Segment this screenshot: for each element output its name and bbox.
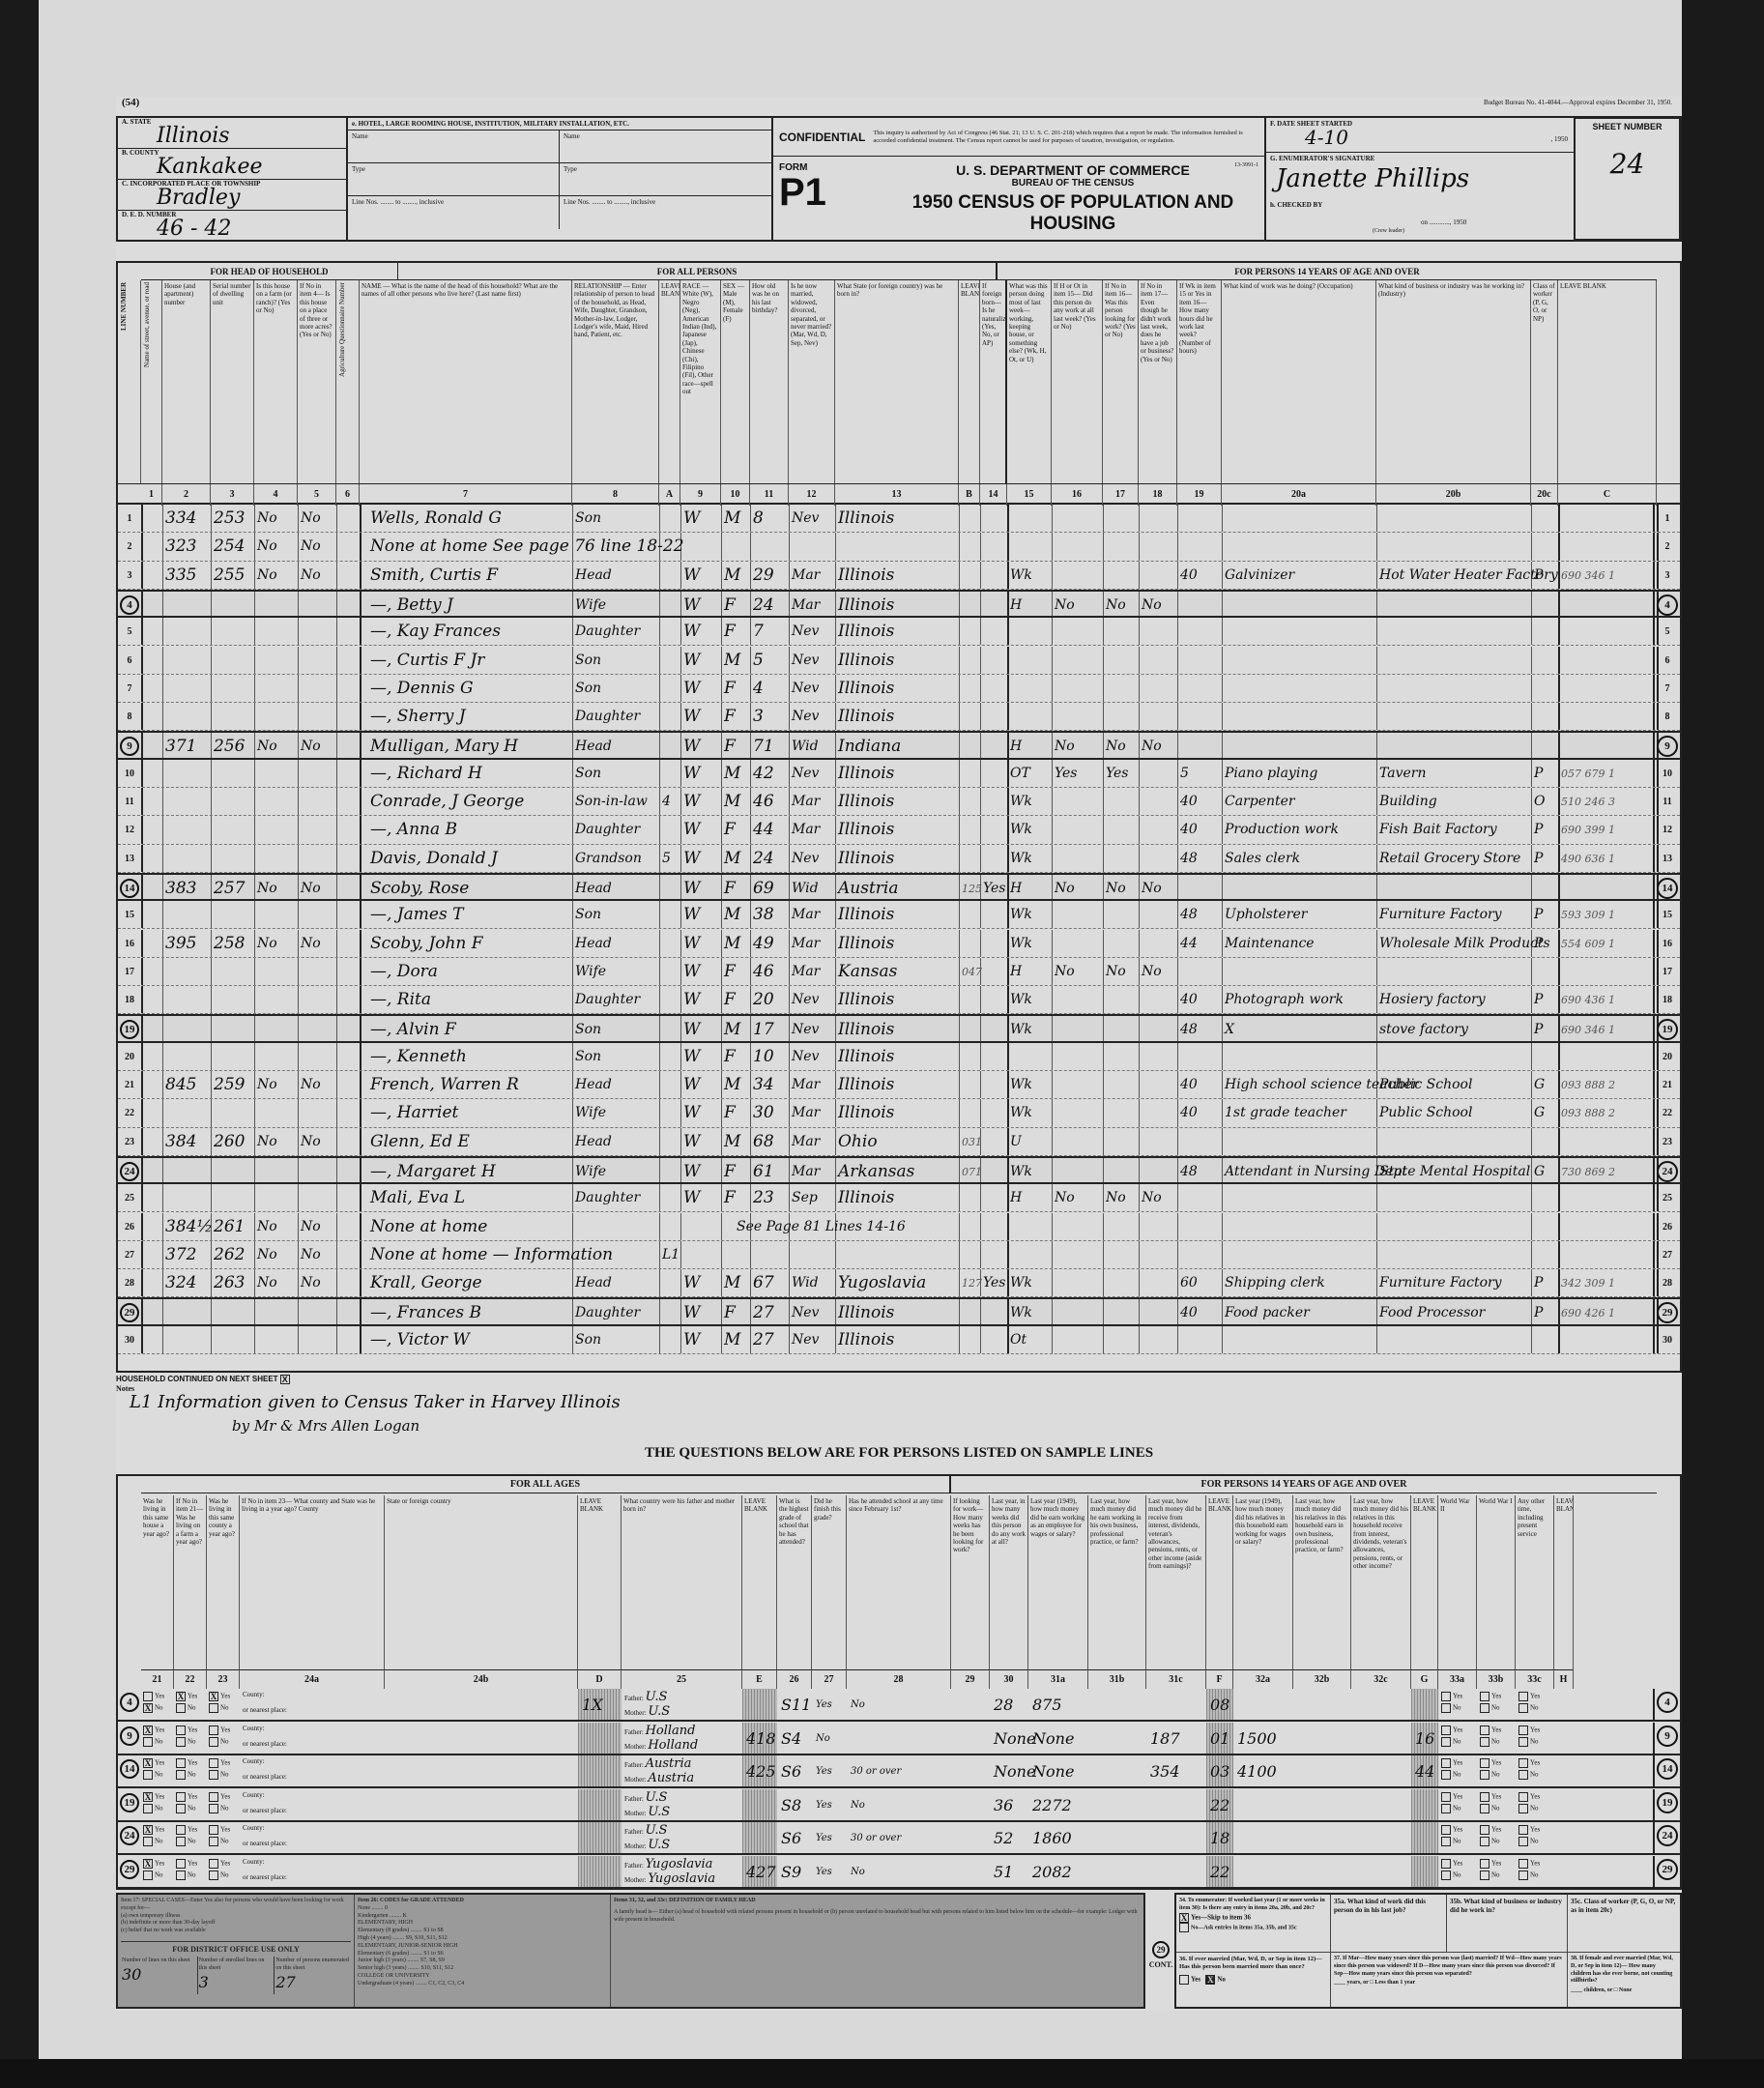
col-q-17: If No in item 16— Was this person lookin… — [1103, 280, 1139, 483]
armed-forces-no[interactable] — [1518, 1870, 1528, 1880]
sample-q23-checkboxes: YesNo — [209, 1725, 230, 1747]
farm-answer: No — [257, 875, 277, 899]
armed-forces-yes[interactable] — [1441, 1792, 1451, 1802]
birthplace: Illinois — [838, 675, 894, 702]
armed-forces-yes[interactable] — [1480, 1725, 1489, 1735]
acres-answer: No — [301, 875, 321, 899]
q23-no-checkbox[interactable] — [209, 1870, 218, 1880]
q22-no-checkbox[interactable] — [176, 1770, 186, 1780]
sex: F — [724, 816, 736, 843]
sample-col-num-23: 23 — [207, 1669, 240, 1689]
q21-no-checkbox[interactable] — [143, 1870, 153, 1880]
hours-worked: 40 — [1180, 816, 1198, 843]
sample-col-num-F: F — [1206, 1669, 1233, 1689]
hours-worked: 44 — [1180, 930, 1198, 957]
q22-no-checkbox[interactable] — [176, 1703, 186, 1713]
industry-codes: 057 679 1 — [1561, 760, 1615, 787]
worker-class: G — [1534, 1158, 1545, 1182]
industry-codes: 690 426 1 — [1561, 1299, 1615, 1323]
armed-forces-no[interactable] — [1480, 1804, 1489, 1813]
armed-forces-checkboxes: YesNo — [1441, 1825, 1462, 1846]
q23-yes-checkbox[interactable]: X — [209, 1692, 218, 1701]
sex: M — [724, 1326, 740, 1353]
sample-persons-14: FOR PERSONS 14 YEARS OF AGE AND OVER — [951, 1476, 1657, 1493]
armed-forces-yes[interactable] — [1518, 1859, 1528, 1869]
sample-row: 2424XYesNoYesNoYesNoCounty:or nearest pl… — [118, 1822, 1680, 1855]
wages-1949: None — [1032, 1755, 1074, 1786]
sample-col-num-33a: 33a — [1438, 1669, 1477, 1689]
q22-yes-checkbox[interactable] — [176, 1758, 186, 1768]
code-d: 1X — [582, 1689, 603, 1720]
person-name: —, Dennis G — [370, 675, 474, 702]
ed-number-value: 46 - 42 — [157, 217, 231, 241]
industry: Retail Grocery Store — [1379, 845, 1520, 872]
person-name: —, Betty J — [370, 592, 453, 616]
birthplace: Illinois — [838, 592, 894, 616]
industry-codes: 510 246 3 — [1561, 788, 1615, 815]
armed-forces-no[interactable] — [1518, 1770, 1528, 1780]
worker-class: G — [1534, 1099, 1545, 1126]
question-34: 34. To enumerator: If worked last year (… — [1176, 1895, 1331, 1953]
armed-forces-checkboxes: YesNo — [1441, 1692, 1462, 1713]
col-q-3: Serial number of dwelling unit — [211, 280, 254, 483]
relationship: Head — [575, 930, 612, 957]
sample-col-q-27: Did he finish this grade? — [812, 1495, 847, 1669]
q21-no-checkbox[interactable]: X — [143, 1703, 153, 1713]
armed-forces-yes[interactable] — [1441, 1859, 1451, 1869]
q34-no-checkbox[interactable] — [1179, 1923, 1189, 1932]
leave-blank-a: 5 — [662, 845, 671, 872]
table-row: 2929—, Frances BDaughterWF27NevIllinoisW… — [118, 1297, 1680, 1325]
house-number: 395 — [165, 930, 196, 957]
table-row: 1010—, Richard HSonWM42NevIllinoisOTYesY… — [118, 760, 1680, 788]
line-number: 7 — [118, 675, 141, 703]
age: 17 — [753, 1016, 774, 1040]
code-f: 08 — [1210, 1689, 1229, 1720]
armed-forces-yes[interactable] — [1480, 1792, 1489, 1802]
armed-forces-no[interactable] — [1480, 1737, 1489, 1747]
q23-no-checkbox[interactable] — [209, 1737, 218, 1747]
race: W — [683, 1184, 700, 1211]
q23-yes-checkbox[interactable] — [209, 1758, 218, 1768]
farm-answer: No — [257, 1128, 277, 1155]
sample-q21-checkboxes: XYesNo — [143, 1859, 164, 1880]
q21-yes-checkbox[interactable]: X — [143, 1792, 153, 1802]
table-row: 2626384½261NoNoNone at homeSee Page 81 L… — [118, 1213, 1680, 1241]
armed-forces-yes[interactable] — [1518, 1792, 1528, 1802]
marital-status: Nev — [792, 647, 819, 674]
birthplace: Illinois — [838, 703, 894, 730]
industry-codes: 093 888 2 — [1561, 1071, 1615, 1098]
armed-forces-checkboxes: YesNo — [1518, 1725, 1540, 1747]
hours-worked: 5 — [1180, 760, 1189, 787]
age: 67 — [753, 1269, 774, 1296]
armed-forces-no[interactable] — [1441, 1737, 1451, 1747]
sample-line-number-right: 4 — [1653, 1689, 1680, 1720]
parents-birthplace: Father: U.SMother: U.S — [624, 1823, 670, 1852]
place-value: Bradley — [157, 186, 240, 210]
armed-forces-no[interactable] — [1518, 1737, 1528, 1747]
section-all-persons: FOR ALL PERSONS — [398, 263, 998, 280]
age: 20 — [753, 986, 774, 1013]
line-number: 30 — [118, 1326, 141, 1354]
worker-class: O — [1534, 788, 1545, 815]
question-37: 37. If Mar—How many years since this per… — [1331, 1953, 1568, 2007]
armed-forces-no[interactable] — [1480, 1870, 1489, 1880]
armed-forces-checkboxes: YesNo — [1518, 1692, 1540, 1713]
armed-forces-yes[interactable] — [1480, 1859, 1489, 1869]
worked-last-week: No — [1055, 592, 1075, 616]
occupation: Photograph work — [1225, 986, 1344, 1013]
sample-q21-checkboxes: XYesNo — [143, 1758, 164, 1780]
serial-number: 262 — [214, 1241, 245, 1268]
section-persons-14: FOR PERSONS 14 YEARS OF AGE AND OVER — [998, 263, 1657, 280]
col-q-2: House (and apartment) number — [162, 280, 211, 483]
q23-no-checkbox[interactable] — [209, 1837, 218, 1846]
occupation: Shipping clerk — [1225, 1269, 1325, 1296]
industry: Hosiery factory — [1379, 986, 1486, 1013]
census-sheet: (54) Budget Bureau No. 41-4044.—Approval… — [39, 0, 1682, 2088]
armed-forces-yes[interactable] — [1480, 1692, 1489, 1701]
sample-col-q-28: Has he attended school at any time since… — [847, 1495, 951, 1669]
age: 23 — [753, 1184, 774, 1211]
q21-yes-checkbox[interactable]: X — [143, 1725, 153, 1735]
line-number-right: 2 — [1653, 533, 1680, 560]
other-income: 354 — [1150, 1755, 1180, 1786]
q23-no-checkbox[interactable] — [209, 1804, 218, 1813]
armed-forces-yes[interactable] — [1480, 1758, 1489, 1768]
table-row: 99371256NoNoMulligan, Mary HHeadWF71WidI… — [118, 731, 1680, 759]
birthplace: Austria — [838, 875, 898, 899]
supplementary-questions: 34. To enumerator: If worked last year (… — [1174, 1893, 1682, 2009]
attended-school: No — [851, 1856, 865, 1887]
acres-answer: No — [301, 505, 321, 532]
state-field: a. STATE Illinois — [118, 118, 346, 149]
acres-answer: No — [301, 1269, 321, 1296]
worker-class: G — [1534, 1071, 1545, 1098]
worked-last-week: No — [1055, 958, 1075, 985]
activity: H — [1010, 592, 1022, 616]
person-name: None at home — Information — [370, 1241, 613, 1268]
q21-no-checkbox[interactable] — [143, 1804, 153, 1813]
person-name: Davis, Donald J — [370, 845, 498, 872]
sample-q22-checkboxes: XYesNo — [176, 1692, 197, 1713]
worker-class: P — [1534, 760, 1543, 787]
q34-yes-checkbox[interactable]: X — [1179, 1913, 1189, 1923]
sample-col-q-24b: State or foreign country — [385, 1495, 578, 1669]
worker-class: P — [1534, 845, 1543, 872]
sex: M — [724, 1269, 740, 1296]
race: W — [683, 1016, 700, 1040]
question-35b: 35b. What kind of business or industry d… — [1447, 1895, 1568, 1953]
line-number: 6 — [118, 647, 141, 675]
sample-q22-checkboxes: YesNo — [176, 1859, 197, 1880]
armed-forces-yes[interactable] — [1441, 1758, 1451, 1768]
birthplace: Illinois — [838, 788, 894, 815]
acres-answer: No — [301, 533, 321, 560]
line-number-right: 7 — [1653, 675, 1680, 702]
sample-row: 99XYesNoYesNoYesNoCounty:or nearest plac… — [118, 1723, 1680, 1755]
activity: Wk — [1010, 1269, 1032, 1296]
occupation: Galvinizer — [1225, 562, 1294, 589]
q23-yes-checkbox[interactable] — [209, 1859, 218, 1869]
armed-forces-checkboxes: YesNo — [1480, 1725, 1501, 1747]
armed-forces-no[interactable] — [1441, 1870, 1451, 1880]
industry-codes: 342 309 1 — [1561, 1269, 1615, 1296]
armed-forces-checkboxes: YesNo — [1518, 1792, 1540, 1813]
col-q-19: If Wk in item 15 or Yes in item 16— How … — [1177, 280, 1222, 483]
armed-forces-no[interactable] — [1480, 1703, 1489, 1713]
weeks-worked: 28 — [994, 1689, 1013, 1720]
person-name: Krall, George — [370, 1269, 482, 1296]
col-q-a: LEAVE BLANK — [659, 280, 680, 483]
age: 30 — [753, 1099, 774, 1126]
relationship: Daughter — [575, 618, 640, 645]
q21-no-checkbox[interactable] — [143, 1770, 153, 1780]
q21-yes-checkbox[interactable] — [143, 1692, 153, 1701]
q22-no-checkbox[interactable] — [176, 1837, 186, 1846]
race: W — [683, 1128, 700, 1155]
sample-col-num-31b: 31b — [1088, 1669, 1146, 1689]
marital-status: Nev — [792, 1326, 819, 1353]
armed-forces-no[interactable] — [1518, 1837, 1528, 1846]
q22-yes-checkbox[interactable] — [176, 1725, 186, 1735]
activity: U — [1010, 1128, 1022, 1155]
birthplace: Illinois — [838, 1099, 894, 1126]
place-field: c. INCORPORATED PLACE OR TOWNSHIP Bradle… — [118, 180, 346, 211]
age: 69 — [753, 875, 774, 899]
father-birthplace: U.S — [646, 1790, 668, 1805]
person-name: —, Frances B — [370, 1299, 481, 1323]
q36-yes-checkbox[interactable] — [1179, 1975, 1189, 1985]
armed-forces-no[interactable] — [1441, 1804, 1451, 1813]
line-number: 11 — [118, 788, 141, 816]
table-row: 2424—, Margaret HWifeWF61MarArkansas071W… — [118, 1156, 1680, 1184]
q23-no-checkbox[interactable] — [209, 1770, 218, 1780]
occupation: Carpenter — [1225, 788, 1295, 815]
county-field: County:or nearest place: — [243, 1824, 287, 1847]
industry: Food Processor — [1379, 1299, 1485, 1323]
activity: Wk — [1010, 788, 1032, 815]
line-number-right: 24 — [1653, 1158, 1680, 1182]
marital-status: Wid — [792, 1269, 819, 1296]
sample-col-q-22: If No in item 21— Was he living on a far… — [174, 1495, 207, 1669]
armed-forces-yes[interactable] — [1441, 1692, 1451, 1701]
sample-col-q-31a: Last year (1949), how much money did he … — [1028, 1495, 1088, 1669]
sample-col-num-27: 27 — [812, 1669, 847, 1689]
wages-1949: 875 — [1032, 1689, 1062, 1720]
armed-forces-no[interactable] — [1441, 1770, 1451, 1780]
q23-no-checkbox[interactable] — [209, 1703, 218, 1713]
sex: M — [724, 1128, 740, 1155]
armed-forces-no[interactable] — [1518, 1804, 1528, 1813]
industry-codes: 690 436 1 — [1561, 986, 1615, 1013]
sample-line-number-right: 24 — [1653, 1822, 1680, 1853]
q23-yes-checkbox[interactable] — [209, 1825, 218, 1835]
sex: M — [724, 1071, 740, 1098]
age: 4 — [753, 675, 764, 702]
occupation: Upholsterer — [1225, 901, 1307, 928]
age: 8 — [753, 505, 764, 532]
birthplace: Illinois — [838, 647, 894, 674]
serial-number: 263 — [214, 1269, 245, 1296]
line-number: 22 — [118, 1099, 141, 1127]
armed-forces-yes[interactable] — [1480, 1825, 1489, 1835]
acres-answer: No — [301, 733, 321, 757]
armed-forces-yes[interactable] — [1518, 1725, 1528, 1735]
confidential-label: CONFIDENTIAL — [779, 130, 865, 144]
code-b: 031 — [962, 1128, 982, 1155]
farm-answer: No — [257, 930, 277, 957]
farm-answer: No — [257, 1213, 277, 1240]
looking-for-work: No — [1106, 875, 1126, 899]
industry-codes: 554 609 1 — [1561, 930, 1615, 957]
line-number-right: 15 — [1653, 901, 1680, 928]
q22-yes-checkbox[interactable]: X — [176, 1692, 186, 1701]
wages-1949: 1860 — [1032, 1822, 1072, 1853]
q22-yes-checkbox[interactable] — [176, 1825, 186, 1835]
armed-forces-yes[interactable] — [1441, 1725, 1451, 1735]
person-name: Scoby, John F — [370, 930, 483, 957]
q22-no-checkbox[interactable] — [176, 1804, 186, 1813]
person-name: —, Margaret H — [370, 1158, 496, 1182]
hours-worked: 40 — [1180, 562, 1198, 589]
age: 27 — [753, 1299, 774, 1323]
worker-class: P — [1534, 930, 1543, 957]
armed-forces-yes[interactable] — [1518, 1825, 1528, 1835]
page-marker: (54) — [122, 97, 139, 108]
table-row: 22323254NoNoNone at home See page 76 lin… — [118, 533, 1680, 561]
marital-status: Wid — [792, 733, 819, 757]
table-row: 2121845259NoNoFrench, Warren RHeadWM34Ma… — [118, 1071, 1680, 1099]
household-continued-checkbox[interactable]: X — [280, 1375, 290, 1384]
budget-notice: Budget Bureau No. 41-4044.—Approval expi… — [1484, 99, 1672, 106]
armed-forces-yes[interactable] — [1441, 1825, 1451, 1835]
finished-grade: Yes — [816, 1689, 832, 1720]
armed-forces-yes[interactable] — [1518, 1758, 1528, 1768]
relationship: Daughter — [575, 1184, 640, 1211]
q22-yes-checkbox[interactable] — [176, 1859, 186, 1869]
armed-forces-checkboxes: YesNo — [1441, 1758, 1462, 1780]
worker-class: P — [1534, 562, 1543, 589]
worker-class: P — [1534, 1269, 1543, 1296]
sex: F — [724, 1158, 736, 1182]
col-q-18: If No in item 17— Even though he didn't … — [1139, 280, 1177, 483]
person-name: —, James T — [370, 901, 463, 928]
column-number-row: 1 2 3 4 5 6 7 8 A 9 10 11 12 13 B 14 15 … — [118, 483, 1680, 505]
relationship: Daughter — [575, 986, 640, 1013]
race: W — [683, 562, 700, 589]
father-birthplace: Yugoslavia — [646, 1857, 713, 1871]
sample-col-num-30: 30 — [990, 1669, 1028, 1689]
sample-col-num-H: H — [1554, 1669, 1574, 1689]
mother-birthplace: Yugoslavia — [648, 1871, 715, 1886]
birthplace: Illinois — [838, 1326, 894, 1353]
serial-number: 257 — [214, 875, 245, 899]
form-id: FORM P1 — [779, 162, 826, 212]
serial-number: 253 — [214, 505, 245, 532]
q21-no-checkbox[interactable] — [143, 1837, 153, 1846]
sample-all-ages: FOR ALL AGES — [141, 1476, 951, 1493]
birthplace: Illinois — [838, 816, 894, 843]
sample-q21-checkboxes: XYesNo — [143, 1725, 164, 1747]
armed-forces-checkboxes: YesNo — [1441, 1792, 1462, 1813]
armed-forces-no[interactable] — [1441, 1703, 1451, 1713]
age: 5 — [753, 647, 764, 674]
worker-class: P — [1534, 1016, 1543, 1040]
industry: Public School — [1379, 1099, 1472, 1126]
armed-forces-no[interactable] — [1518, 1703, 1528, 1713]
hours-worked: 48 — [1180, 845, 1198, 872]
q21-yes-checkbox[interactable]: X — [143, 1859, 153, 1869]
marital-status: Mar — [792, 958, 820, 985]
q23-yes-checkbox[interactable] — [209, 1792, 218, 1802]
col-q-20b: What kind of business or industry was he… — [1376, 280, 1531, 483]
has-job: No — [1142, 592, 1162, 616]
marital-status: Sep — [792, 1184, 818, 1211]
marital-status: Nev — [792, 845, 819, 872]
sample-col-q-29: If looking for work— How many weeks has … — [951, 1495, 990, 1669]
armed-forces-no[interactable] — [1480, 1770, 1489, 1780]
relationship: Wife — [575, 1158, 606, 1182]
armed-forces-no[interactable] — [1480, 1837, 1489, 1846]
q22-no-checkbox[interactable] — [176, 1737, 186, 1747]
age: 46 — [753, 788, 774, 815]
instructions-panel: Item 17: SPECIAL CASES—Enter Yes also fo… — [116, 1893, 1145, 2009]
line-number: 10 — [118, 760, 141, 788]
armed-forces-no[interactable] — [1441, 1837, 1451, 1846]
age: 49 — [753, 930, 774, 957]
sample-line-number-right: 19 — [1653, 1789, 1680, 1820]
race: W — [683, 986, 700, 1013]
question-35c: 35c. Class of worker (P, G, O, or NP, as… — [1568, 1895, 1680, 1953]
house-number: 384½ — [165, 1213, 213, 1240]
q23-yes-checkbox[interactable] — [209, 1725, 218, 1735]
col-q-12: Is he now married, widowed, divorced, se… — [789, 280, 835, 483]
table-row: 77—, Dennis GSonWF4NevIllinois — [118, 675, 1680, 703]
armed-forces-checkboxes: YesNo — [1480, 1859, 1501, 1880]
armed-forces-checkboxes: YesNo — [1441, 1859, 1462, 1880]
person-name: —, Rita — [370, 986, 431, 1013]
q21-yes-checkbox[interactable]: X — [143, 1758, 153, 1768]
activity: OT — [1010, 760, 1030, 787]
naturalized: Yes — [983, 1269, 1006, 1296]
form-title-box: CONFIDENTIAL This inquiry is authorized … — [773, 116, 1266, 242]
finished-grade: Yes — [816, 1789, 832, 1820]
q36-no-checkbox[interactable]: X — [1205, 1975, 1215, 1985]
line-number-right: 10 — [1653, 760, 1680, 787]
county-field: County:or nearest place: — [243, 1725, 287, 1748]
q21-yes-checkbox[interactable]: X — [143, 1825, 153, 1835]
q21-no-checkbox[interactable] — [143, 1737, 153, 1747]
sample-line-number-right: 29 — [1653, 1856, 1680, 1887]
enumeration-box: f. DATE SHEET STARTED 4-10 , 1950 g. ENU… — [1266, 116, 1576, 242]
wages-1949: None — [1032, 1723, 1074, 1754]
occupation: X — [1225, 1016, 1234, 1040]
line-number-right: 29 — [1653, 1299, 1680, 1323]
q22-yes-checkbox[interactable] — [176, 1792, 186, 1802]
col-q-11: How old was he on his last birthday? — [750, 280, 789, 483]
relationship: Head — [575, 1269, 612, 1296]
household-continued: HOUSEHOLD CONTINUED ON NEXT SHEET X — [116, 1375, 1682, 1384]
person-name: —, Alvin F — [370, 1016, 456, 1040]
armed-forces-yes[interactable] — [1518, 1692, 1528, 1701]
form-header: (54) Budget Bureau No. 41-4044.—Approval… — [116, 97, 1682, 261]
highest-grade: S4 — [781, 1723, 801, 1754]
q22-no-checkbox[interactable] — [176, 1870, 186, 1880]
wages-1949: 2272 — [1032, 1789, 1072, 1820]
line-number: 17 — [118, 958, 141, 986]
